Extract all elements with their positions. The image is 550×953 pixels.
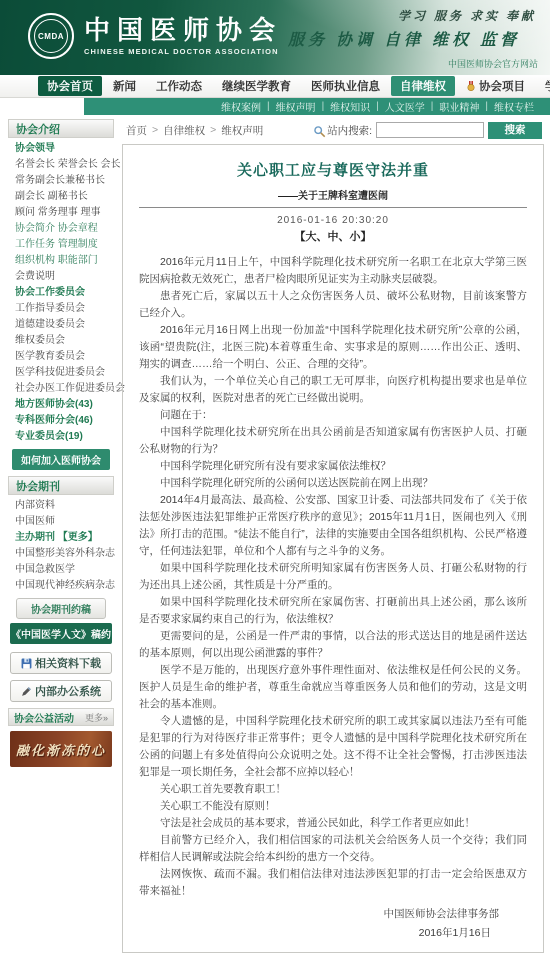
sidebar-item-work-committees[interactable]: 协会工作委员会 — [8, 285, 114, 301]
slogan: 服务 协调 自律 维权 监督 — [288, 27, 520, 50]
main-column: 首页 > 自律维权 > 维权声明 站内搜索: 搜索 关心职工应与尊医守法并重 — [122, 119, 544, 953]
sidebar-item-ethics-committee[interactable]: 道德建设委员会 — [8, 317, 114, 333]
article-paragraph: 中国科学院理化研究所有没有要求家属依法维权？ — [139, 458, 527, 475]
article-paragraph: 关心职工首先要教育职工！ — [139, 781, 527, 798]
article-paragraph: 如果中国科学院理化技术研究所在家属伤害、打砸前出具上述公函，那么该所是否要求家属… — [139, 594, 527, 628]
sidebar-header-journals: 协会期刊 — [8, 476, 114, 495]
breadcrumb-statements[interactable]: 维权声明 — [221, 123, 263, 138]
sidebar-item-tasks-rules[interactable]: 工作任务 管理制度 — [8, 237, 114, 253]
article-paragraph: 守法是社会成员的基本要求，普通公民如此，科学工作者更应如此！ — [139, 815, 527, 832]
sub-nav: 维权案例 | 维权声明 | 维权知识 | 人文医学 | 职业精神 | 维权专栏 — [0, 98, 550, 115]
sidebar-item-rights-committee[interactable]: 维权委员会 — [8, 333, 114, 349]
sidebar-item-education-committee[interactable]: 医学教育委员会 — [8, 349, 114, 365]
nav-item-practice-info[interactable]: 医师执业信息 — [302, 76, 389, 96]
sidebar-item-local-associations[interactable]: 地方医师协会(43) — [8, 397, 114, 413]
site-header: 学习 服务 求实 奉献 CMDA 中国医师协会 CHINESE MEDICAL … — [0, 0, 550, 75]
floppy-disk-icon — [21, 658, 31, 668]
article-paragraph: 目前警方已经介入，我们相信国家的司法机关会给医务人员一个交待；我们同样相信人民调… — [139, 832, 527, 866]
article-paragraph: 2016年元月16日网上出现一份加盖“中国科学院理化技术研究所”公章的公函，该函… — [139, 322, 527, 373]
org-names: 中国医师协会 CHINESE MEDICAL DOCTOR ASSOCIATIO… — [84, 17, 282, 56]
article-subtitle: ——关于王牌科室遭医闹 — [139, 187, 527, 208]
public-welfare-more-link[interactable]: 更多» — [85, 711, 108, 724]
org-name-en: CHINESE MEDICAL DOCTOR ASSOCIATION — [84, 47, 282, 56]
nav-item-projects[interactable]: 协会项目 — [457, 76, 534, 96]
public-welfare-header: 协会公益活动 更多» — [8, 708, 114, 726]
subnav-item-humanities[interactable]: 人文医学 — [385, 99, 425, 114]
nav-item-news[interactable]: 新闻 — [104, 76, 145, 96]
nav-item-self-discipline[interactable]: 自律维权 — [391, 76, 455, 96]
pen-icon — [21, 686, 31, 696]
article-paragraph: 问题在于： — [139, 407, 527, 424]
subnav-item-statements[interactable]: 维权声明 — [276, 99, 316, 114]
search-label: 站内搜索: — [327, 123, 372, 138]
subnav-item-rights-column[interactable]: 维权专栏 — [494, 99, 534, 114]
search-area: 站内搜索: 搜索 — [313, 122, 542, 139]
subnav-item-professionalism[interactable]: 职业精神 — [439, 99, 479, 114]
search-input[interactable] — [376, 122, 484, 138]
internal-office-system-button[interactable]: 内部办公系统 — [10, 680, 112, 702]
article-paragraph: 医学不是万能的，出现医疗意外事件理性面对、依法维权是任何公民的义务。医护人员是生… — [139, 662, 527, 713]
article-paragraph: 2016年元月11日上午，中国科学院理化技术研究所一名职工在北京大学第三医院因病… — [139, 254, 527, 288]
article-title: 关心职工应与尊医守法并重 — [139, 159, 527, 180]
sidebar-item-advisors[interactable]: 顾问 常务理事 理事 — [8, 205, 114, 221]
cmda-seal-icon: CMDA — [28, 13, 74, 59]
breadcrumb-self-discipline[interactable]: 自律维权 — [163, 123, 205, 138]
sidebar-item-sponsored-journals-more[interactable]: 主办期刊 【更多】 — [8, 530, 114, 546]
public-welfare-title: 协会公益活动 — [14, 710, 74, 725]
join-association-button[interactable]: 如何加入医师协会 — [12, 449, 110, 470]
sidebar-item-scitech-committee[interactable]: 医学科技促进委员会 — [8, 365, 114, 381]
nav-item-cme[interactable]: 继续医学教育 — [213, 76, 300, 96]
sidebar-item-presidents[interactable]: 名誉会长 荣誉会长 会长 — [8, 157, 114, 173]
journal-submission-button[interactable]: 协会期刊约稿 — [16, 598, 106, 619]
article-paragraph: 中国科学院理化研究所的公函何以送达医院前在网上出现？ — [139, 475, 527, 492]
official-site-label: 中国医师协会官方网站 — [448, 57, 538, 70]
article-paragraph: 患者死亡后，家属以五十人之众伤害医务人员、破坏公私财物，目前该案警方已经介入。 — [139, 288, 527, 322]
article-paragraph: 我们认为，一个单位关心自己的职工无可厚非，向医疗机构提出要求也是单位及家属的权利… — [139, 373, 527, 407]
medical-humanities-submission-button[interactable]: 《中国医学人文》稿约 — [10, 623, 112, 644]
article-signature: 中国医师协会法律事务部 — [139, 906, 527, 921]
page: 学习 服务 求实 奉献 CMDA 中国医师协会 CHINESE MEDICAL … — [0, 0, 550, 953]
related-downloads-button[interactable]: 相关资料下载 — [10, 652, 112, 674]
nav-item-home[interactable]: 协会首页 — [38, 76, 102, 96]
article-datetime: 2016-01-16 20:30:20 — [139, 215, 527, 226]
breadcrumb-row: 首页 > 自律维权 > 维权声明 站内搜索: 搜索 — [122, 119, 544, 141]
sidebar-item-membership-fee[interactable]: 会费说明 — [8, 269, 114, 285]
article-paragraph: 关心职工不能没有原则！ — [139, 798, 527, 815]
sidebar-item-emergency-medicine-journal[interactable]: 中国急救医学 — [8, 562, 114, 578]
sidebar-item-exec-vp[interactable]: 常务副会长兼秘书长 — [8, 173, 114, 189]
sidebar-item-profile-charter[interactable]: 协会简介 协会章程 — [8, 221, 114, 237]
article: 关心职工应与尊医守法并重 ——关于王牌科室遭医闹 2016-01-16 20:3… — [122, 144, 544, 953]
sidebar: 协会介绍 协会领导 名誉会长 荣誉会长 会长 常务副会长兼秘书长 副会长 副秘书… — [8, 119, 114, 953]
sidebar-item-neurology-journal[interactable]: 中国现代神经疾病杂志 — [8, 578, 114, 594]
banner-text: 融化渐冻的心 — [16, 740, 106, 759]
org-name-cn: 中国医师协会 — [84, 17, 282, 45]
sidebar-item-private-practice-committee[interactable]: 社会办医工作促进委员会 — [8, 381, 114, 397]
subnav-item-knowledge[interactable]: 维权知识 — [330, 99, 370, 114]
sidebar-item-professional-committees[interactable]: 专业委员会(19) — [8, 429, 114, 445]
article-paragraph: 法网恢恢、疏而不漏。我们相信法律对违法涉医犯罪的打击一定会给医患双方带来福祉！ — [139, 866, 527, 900]
public-welfare-banner[interactable]: 融化渐冻的心 — [10, 731, 112, 767]
sidebar-item-chinese-physician[interactable]: 中国医师 — [8, 514, 114, 530]
breadcrumb-home[interactable]: 首页 — [126, 123, 147, 138]
subnav-item-cases[interactable]: 维权案例 — [221, 99, 261, 114]
sidebar-item-guidance-committee[interactable]: 工作指导委员会 — [8, 301, 114, 317]
logo[interactable]: CMDA 中国医师协会 CHINESE MEDICAL DOCTOR ASSOC… — [28, 13, 282, 59]
nav-item-work-trends[interactable]: 工作动态 — [147, 76, 211, 96]
article-paragraph: 如果中国科学院理化技术研究所明知家属有伤害医务人员、打砸公私财物的行为还出具上述… — [139, 560, 527, 594]
article-paragraph: 更需要问的是，公函是一件严肃的事情，以合法的形式送达目的地是函件送达的基本原则，… — [139, 628, 527, 662]
subnav-spacer — [0, 98, 84, 115]
subnav-bar: 维权案例 | 维权声明 | 维权知识 | 人文医学 | 职业精神 | 维权专栏 — [84, 98, 550, 115]
content-area: 协会介绍 协会领导 名誉会长 荣誉会长 会长 常务副会长兼秘书长 副会长 副秘书… — [0, 115, 550, 953]
article-paragraph: 令人遗憾的是，中国科学院理化技术研究所的职工或其家属以违法乃至有可能是犯罪的行为… — [139, 713, 527, 781]
article-paragraph: 2014年4月最高法、最高检、公安部、国家卫计委、司法部共同发布了《关于依法惩处… — [139, 492, 527, 560]
sidebar-item-org-departments[interactable]: 组织机构 职能部门 — [8, 253, 114, 269]
sidebar-item-leaders[interactable]: 协会领导 — [8, 141, 114, 157]
sidebar-item-plastic-surgery-journal[interactable]: 中国整形美容外科杂志 — [8, 546, 114, 562]
sidebar-item-specialty-branches[interactable]: 专科医师分会(46) — [8, 413, 114, 429]
font-size-controls: 【大、中、小】 — [139, 228, 527, 244]
main-nav: 协会首页 新闻 工作动态 继续医学教育 医师执业信息 自律维权 协会项目 学术年… — [0, 75, 550, 98]
article-sign-date: 2016年1月16日 — [139, 925, 527, 940]
breadcrumb: 首页 > 自律维权 > 维权声明 — [126, 123, 263, 138]
nav-item-annual-meeting[interactable]: 学术年会 — [536, 76, 550, 96]
search-icon — [313, 125, 323, 135]
motto-top: 学习 服务 求实 奉献 — [398, 7, 536, 24]
article-paragraph: 中国科学院理化技术研究所在出具公函前是否知道家属有伤害医护人员、打砸公私财物的行… — [139, 424, 527, 458]
sidebar-header-intro: 协会介绍 — [8, 119, 114, 138]
medal-icon — [466, 81, 476, 91]
search-button[interactable]: 搜索 — [488, 122, 542, 139]
sidebar-item-internal-materials[interactable]: 内部资料 — [8, 498, 114, 514]
sidebar-item-vp[interactable]: 副会长 副秘书长 — [8, 189, 114, 205]
